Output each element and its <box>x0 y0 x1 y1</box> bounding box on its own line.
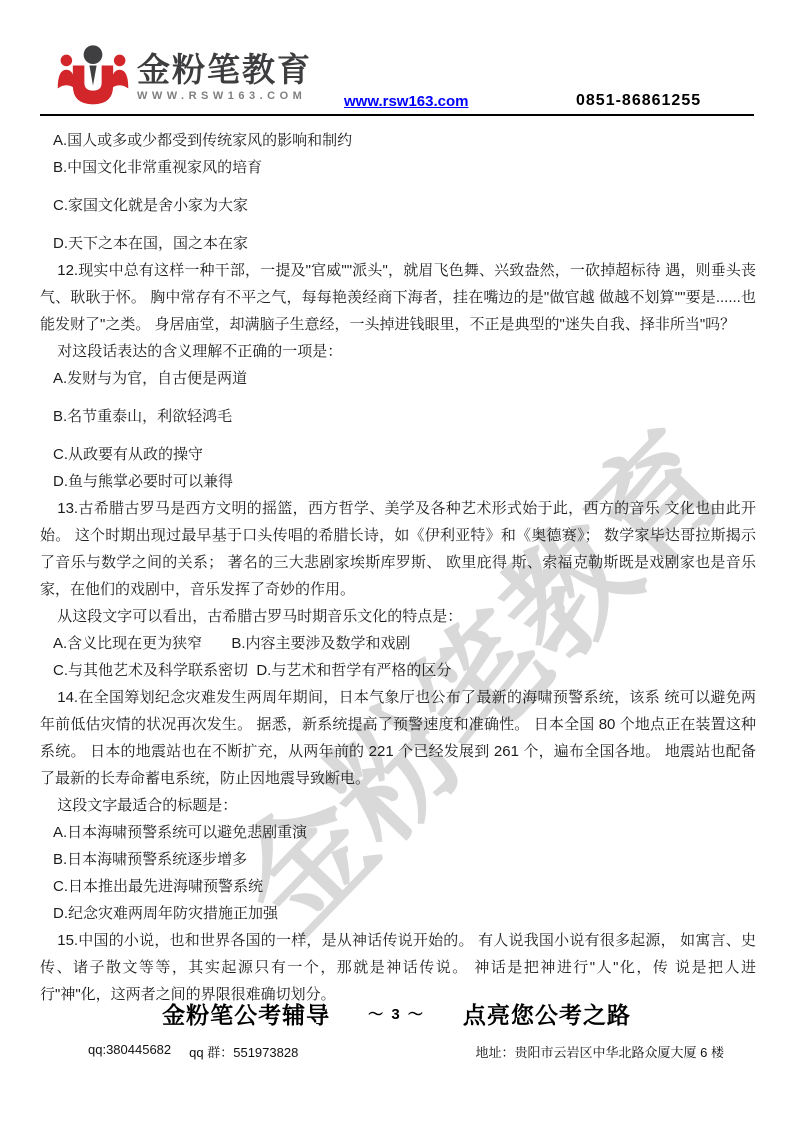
footer-title-row: 金粉笔公考辅导 ～ 3 ～ 点亮您公考之路 <box>0 997 793 1030</box>
paragraph: B.日本海啸预警系统逐步增多 <box>40 846 756 873</box>
footer-brand: 金粉笔公考辅导 <box>162 997 330 1030</box>
website-link[interactable]: www.rsw163.com <box>344 93 469 110</box>
paragraph: D.纪念灾难两周年防灾措施正加强 <box>40 900 756 927</box>
paragraph: 14.在全国筹划纪念灾难发生两周年期间，日本气象厅也公布了最新的海啸预警系统，该… <box>40 684 756 792</box>
paragraph: A.含义比现在更为狭窄 B.内容主要涉及数学和戏剧 <box>40 630 756 657</box>
page-number: ～ 3 ～ <box>368 1003 425 1024</box>
paragraph: C.家国文化就是舍小家为大家 <box>40 192 756 219</box>
brand-logo-icon <box>57 40 129 114</box>
footer-qq-wrap: qq:380445682 qq 群：551973828 <box>88 1042 298 1061</box>
paragraph: 15.中国的小说，也和世界各国的一样，是从神话传说开始的。 有人说我国小说有很多… <box>40 927 756 1008</box>
paragraph: A.日本海啸预警系统可以避免悲剧重演 <box>40 819 756 846</box>
paragraph: B.名节重泰山，利欲轻鸿毛 <box>40 403 756 430</box>
address: 地址：贵阳市云岩区中华北路众厦大厦 6 楼 <box>476 1042 724 1061</box>
paragraph: 从这段文字可以看出，古希腊古罗马时期音乐文化的特点是： <box>40 603 756 630</box>
paragraph: C.与其他艺术及科学联系密切 D.与艺术和哲学有严格的区分 <box>40 657 756 684</box>
paragraph: 12.现实中总有这样一种干部，一提及"官威""派头"，就眉飞色舞、兴致盎然，一砍… <box>40 257 756 338</box>
paragraph: A.国人或多或少都受到传统家风的影响和制约 <box>40 127 756 154</box>
brand-logo-text: 金粉笔教育 WWW.RSW163.COM <box>137 52 312 102</box>
footer-contact-row: qq:380445682 qq 群：551973828 地址：贵阳市云岩区中华北… <box>88 1042 724 1061</box>
paragraph: 13.古希腊古罗马是西方文明的摇篮，西方哲学、美学及各种艺术形式始于此，西方的音… <box>40 495 756 603</box>
paragraph: D.鱼与熊掌必要时可以兼得 <box>40 468 756 495</box>
brand-name: 金粉笔教育 <box>137 52 312 88</box>
exam-text-block: A.国人或多或少都受到传统家风的影响和制约B.中国文化非常重视家风的培育C.家国… <box>40 127 756 1008</box>
paragraph: C.日本推出最先进海啸预警系统 <box>40 873 756 900</box>
qq-number: qq:380445682 <box>88 1042 171 1061</box>
phone-number: 0851-86861255 <box>576 92 701 110</box>
brand-url: WWW.RSW163.COM <box>137 90 312 102</box>
paragraph: C.从政要有从政的操守 <box>40 441 756 468</box>
paragraph: D.天下之本在国，国之本在家 <box>40 230 756 257</box>
paragraph: 对这段话表达的含义理解不正确的一项是： <box>40 338 756 365</box>
document-page: 金粉笔教育 金粉笔教育 WWW.RSW163.COM www.rsw163.co… <box>0 0 793 1122</box>
qq-group-number: qq 群：551973828 <box>189 1042 298 1061</box>
paragraph: 这段文字最适合的标题是： <box>40 792 756 819</box>
paragraph: A.发财与为官，自古便是两道 <box>40 365 756 392</box>
footer-slogan: 点亮您公考之路 <box>463 997 631 1030</box>
header-divider <box>40 114 754 116</box>
brand-logo: 金粉笔教育 WWW.RSW163.COM <box>57 40 312 114</box>
paragraph: B.中国文化非常重视家风的培育 <box>40 154 756 181</box>
